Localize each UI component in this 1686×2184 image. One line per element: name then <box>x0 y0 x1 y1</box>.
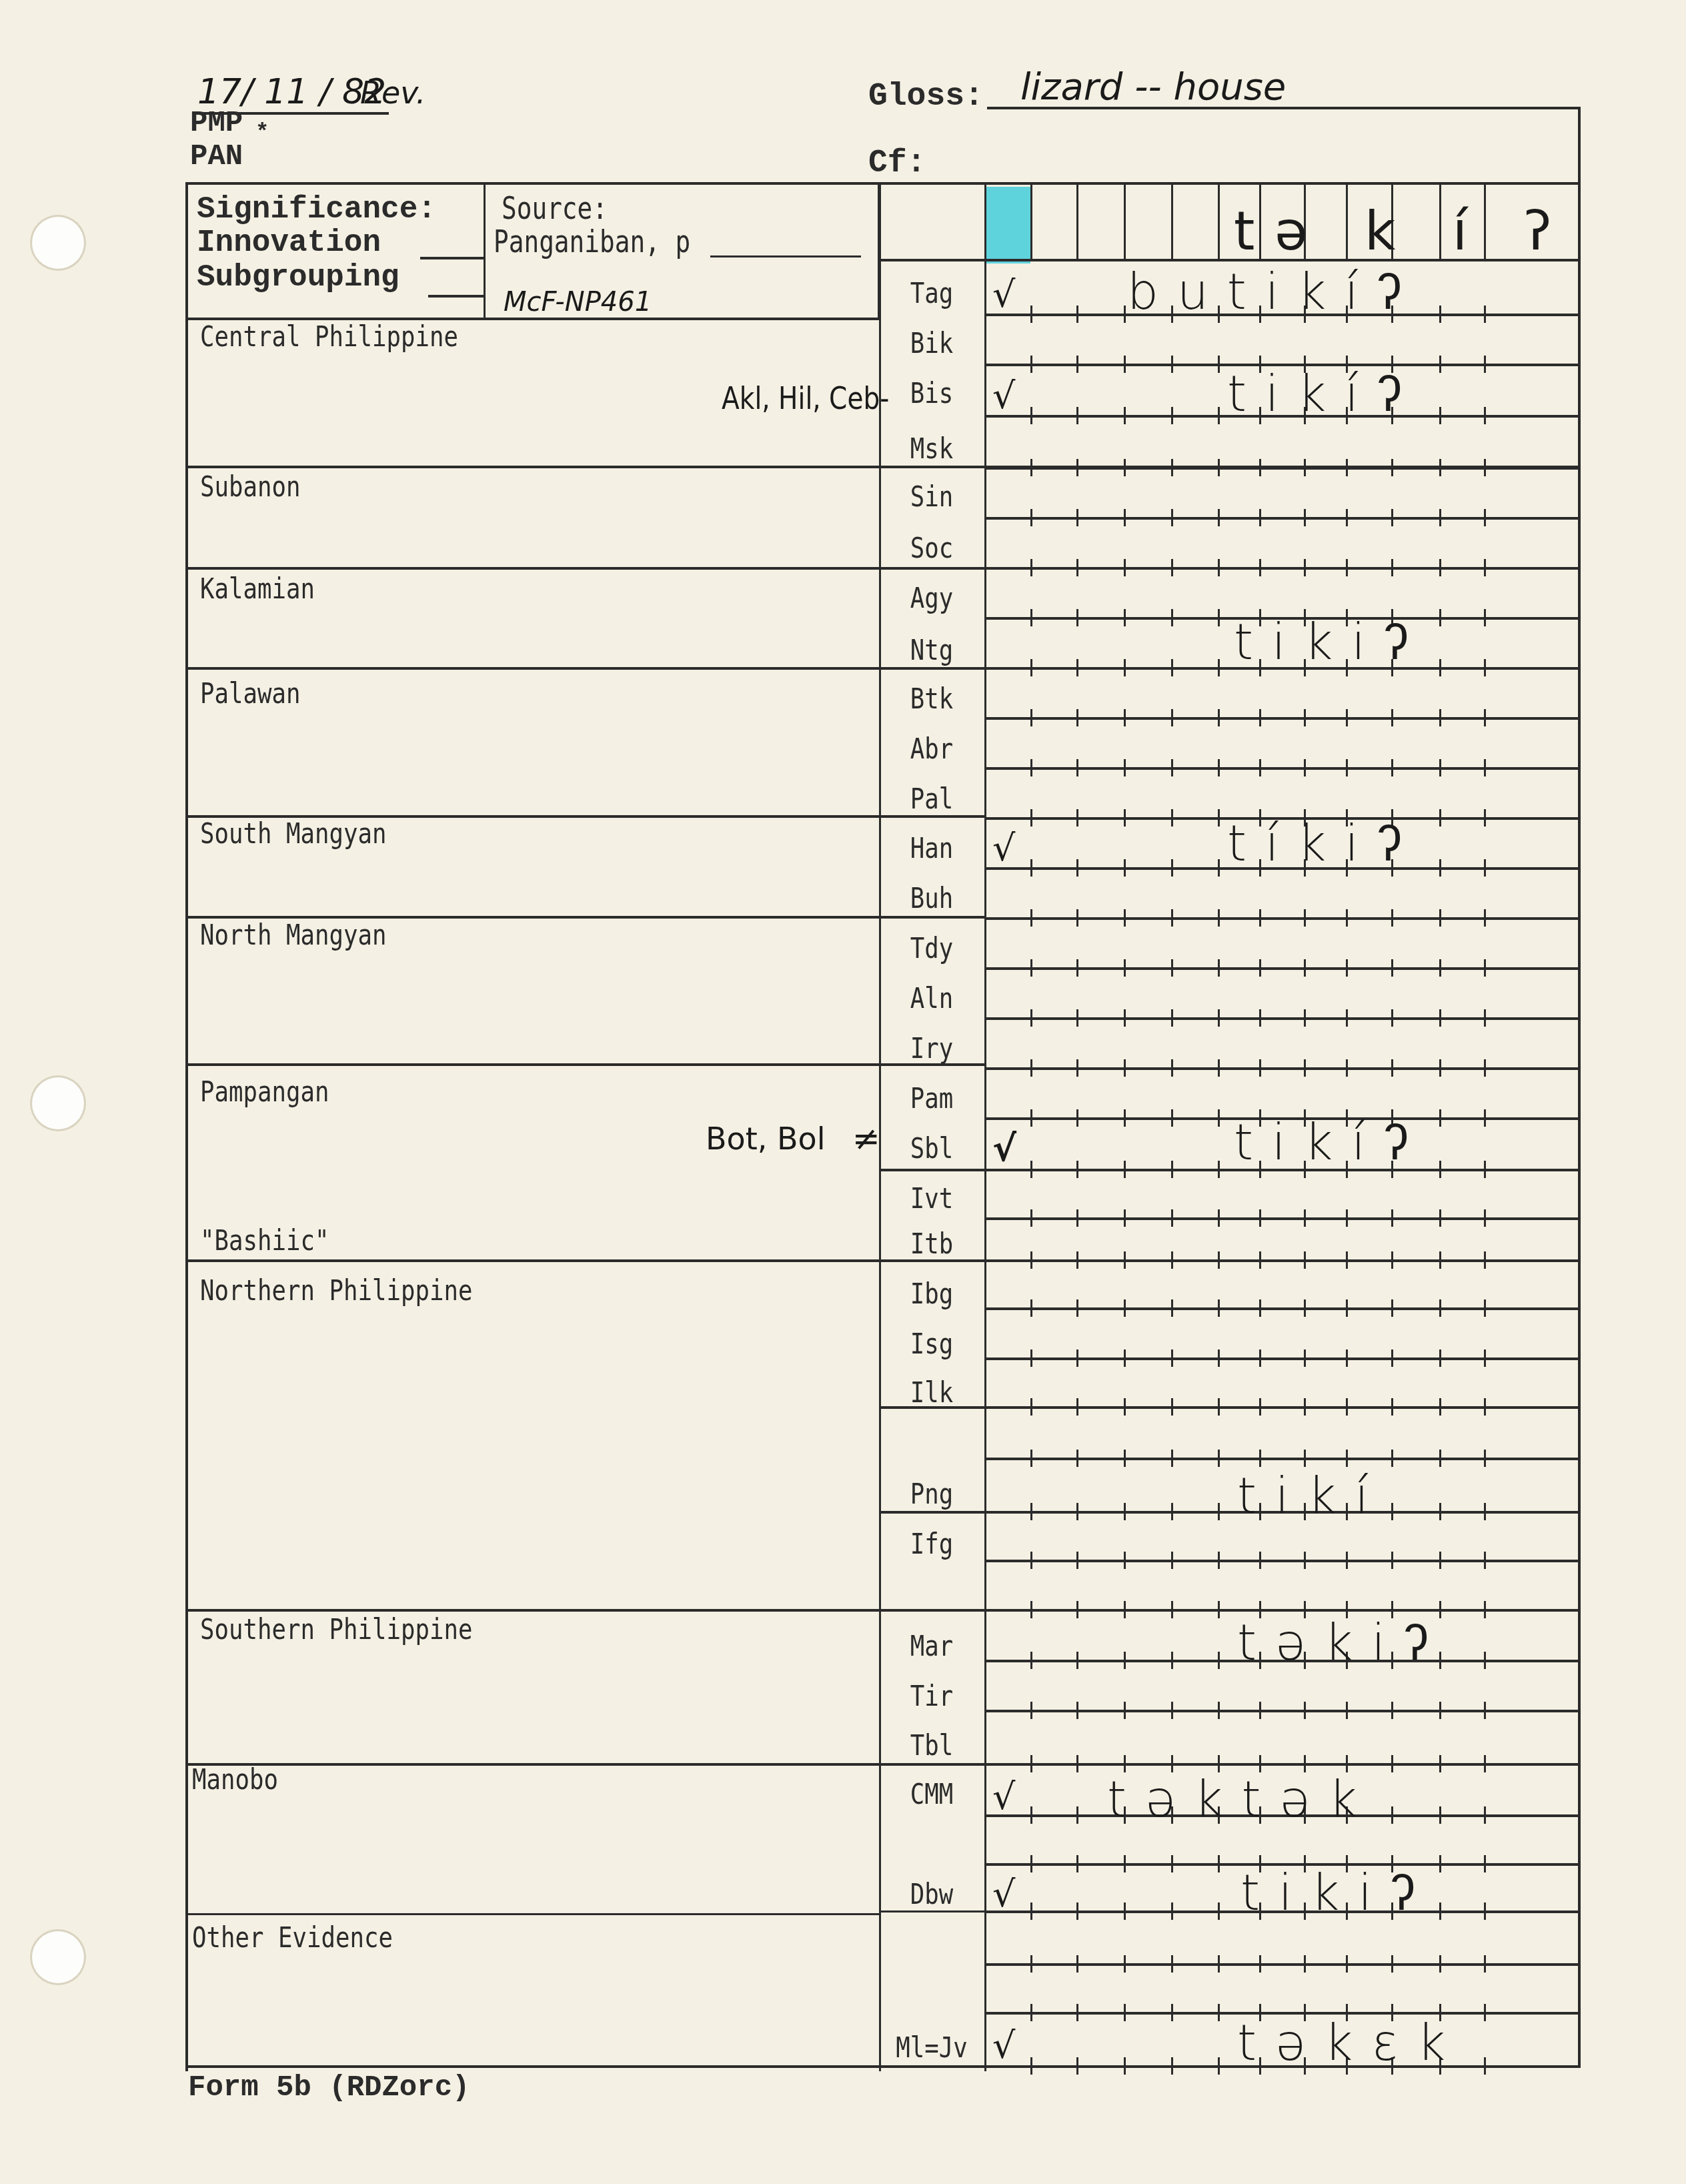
code-ml-jv: Ml=Jv <box>889 2031 974 2064</box>
tick-mark <box>1124 356 1126 373</box>
tick-mark <box>1439 1251 1441 1269</box>
tick-mark <box>1304 1299 1306 1317</box>
tick-mark <box>1030 1299 1032 1317</box>
tick-mark <box>1171 2057 1173 2075</box>
tick-mark <box>1076 1059 1078 1077</box>
entry-row-rule <box>986 1357 1579 1360</box>
tick-mark <box>1171 909 1173 927</box>
tick-mark <box>1439 959 1441 977</box>
grid-cell <box>1030 185 1032 260</box>
tick-mark <box>1439 709 1441 726</box>
tick-mark <box>1030 859 1032 877</box>
tick-mark <box>1304 1251 1306 1269</box>
tick-mark <box>1484 459 1486 476</box>
tick-mark <box>1346 1059 1348 1077</box>
tick-mark <box>1076 1702 1078 1719</box>
tick-mark <box>1076 509 1078 526</box>
tick-mark <box>1484 1855 1486 1872</box>
check-ml-jv[interactable]: √ <box>992 2025 1015 2067</box>
tick-mark <box>1124 1299 1126 1317</box>
tick-mark <box>1076 1652 1078 1669</box>
tick-mark <box>1171 759 1173 776</box>
gloss-label: Gloss: <box>868 79 984 115</box>
tick-mark <box>1484 559 1486 576</box>
tick-mark <box>1171 509 1173 526</box>
tick-mark <box>1484 1552 1486 1569</box>
tick-mark <box>1439 909 1441 927</box>
tick-mark <box>1484 407 1486 424</box>
code-isg: Isg <box>889 1327 974 1360</box>
tick-mark <box>1171 1251 1173 1269</box>
tick-mark <box>1304 459 1306 476</box>
tick-mark <box>1076 1209 1078 1227</box>
tick-mark <box>1346 1009 1348 1027</box>
tick-mark <box>1484 2004 1486 2021</box>
code-soc: Soc <box>889 532 974 564</box>
tick-mark <box>1030 1902 1032 1920</box>
check-tag[interactable]: √ <box>992 274 1015 316</box>
check-han[interactable]: √ <box>992 827 1015 869</box>
tick-mark <box>1171 1955 1173 1973</box>
code-han: Han <box>889 832 974 865</box>
tick-mark <box>1391 909 1393 927</box>
tick-mark <box>1304 759 1306 776</box>
tick-mark <box>1259 1299 1261 1317</box>
tick-mark <box>1304 709 1306 726</box>
tick-mark <box>1171 1109 1173 1127</box>
tick-mark <box>1259 709 1261 726</box>
tick-mark <box>1076 909 1078 927</box>
tick-mark <box>1171 1652 1173 1669</box>
tick-mark <box>1218 1855 1220 1872</box>
tick-mark <box>1124 1702 1126 1719</box>
group-kalamian: Kalamian <box>200 572 315 605</box>
form-dbw: tikiʔ <box>1240 1864 1434 1922</box>
tick-mark <box>1124 1552 1126 1569</box>
check-sbl[interactable]: √ <box>992 1127 1016 1169</box>
tick-mark <box>1030 1652 1032 1669</box>
asterisk-mark: * <box>255 120 269 145</box>
tick-mark <box>1124 1161 1126 1178</box>
tick-mark <box>1030 509 1032 526</box>
subgrouping-label: Subgrouping <box>197 260 399 295</box>
tick-mark <box>1218 407 1220 424</box>
source-value: Panganiban, p <box>494 223 690 259</box>
tick-mark <box>1076 1755 1078 1772</box>
tick-mark <box>1218 759 1220 776</box>
tick-mark <box>1259 1059 1261 1077</box>
innovation-label: Innovation <box>197 225 381 260</box>
check-cmm[interactable]: √ <box>992 1776 1015 1818</box>
tick-mark <box>1484 1299 1486 1317</box>
entry-row-rule <box>986 767 1579 770</box>
tick-mark <box>1076 306 1078 323</box>
code-mar: Mar <box>889 1630 974 1662</box>
tick-mark <box>1171 1009 1173 1027</box>
tick-mark <box>1030 809 1032 827</box>
tick-mark <box>1124 306 1126 323</box>
tick-mark <box>1439 609 1441 626</box>
tick-mark <box>1439 559 1441 576</box>
code-pam: Pam <box>889 1082 974 1115</box>
tick-mark <box>1218 1251 1220 1269</box>
tick-mark <box>1346 1299 1348 1317</box>
form-han: tíkiʔ <box>1227 815 1421 873</box>
tick-mark <box>1439 1755 1441 1772</box>
tick-mark <box>1304 509 1306 526</box>
entry-row-rule <box>986 1963 1579 1966</box>
tick-mark <box>1259 1349 1261 1367</box>
tick-mark <box>1030 1552 1032 1569</box>
tick-mark <box>1218 1109 1220 1127</box>
entry-row-rule <box>986 1458 1579 1460</box>
tick-mark <box>1259 559 1261 576</box>
tick-mark <box>1124 1009 1126 1027</box>
tick-mark <box>1304 1209 1306 1227</box>
tick-mark <box>1171 1855 1173 1872</box>
tick-mark <box>1391 759 1393 776</box>
entry-row-rule <box>986 1560 1579 1562</box>
code-tdy: Tdy <box>889 932 974 965</box>
tick-mark <box>1439 1009 1441 1027</box>
tick-mark <box>1218 2057 1220 2075</box>
tick-mark <box>1076 1251 1078 1269</box>
tick-mark <box>1030 559 1032 576</box>
not-equal-sign: ≠ <box>852 1119 880 1158</box>
code-buh: Buh <box>889 882 974 915</box>
source-page-blank[interactable] <box>710 255 861 257</box>
significance-label: Significance: <box>197 192 436 227</box>
tick-mark <box>1484 1161 1486 1178</box>
entry-row-rule <box>986 467 1579 470</box>
group-manobo: Manobo <box>192 1763 278 1796</box>
tick-mark <box>1259 1702 1261 1719</box>
tick-mark <box>1076 709 1078 726</box>
divider-southern-philippine <box>185 1609 986 1612</box>
tick-mark <box>1076 1450 1078 1467</box>
tick-mark <box>1218 1955 1220 1973</box>
tick-mark <box>1030 1450 1032 1467</box>
tick-mark <box>1124 2004 1126 2021</box>
form-mar: təkiʔ <box>1237 1614 1447 1672</box>
tick-mark <box>1076 1299 1078 1317</box>
tick-mark <box>1218 356 1220 373</box>
tick-mark <box>1171 659 1173 676</box>
tick-mark <box>1439 859 1441 877</box>
tick-mark <box>1124 559 1126 576</box>
tick-mark <box>1259 1398 1261 1416</box>
entry-row-rule <box>986 1763 1579 1766</box>
tick-mark <box>1124 1450 1126 1467</box>
tick-mark <box>1076 1902 1078 1920</box>
tick-mark <box>1076 459 1078 476</box>
tick-mark <box>1391 1009 1393 1027</box>
divider-kalamian <box>185 567 986 570</box>
gloss-value[interactable]: lizard -- house <box>1020 65 1286 109</box>
tick-mark <box>1076 1855 1078 1872</box>
tick-mark <box>1439 809 1441 827</box>
group-palawan: Palawan <box>200 677 300 710</box>
tick-mark <box>1124 1955 1126 1973</box>
divider-pampangan <box>185 1063 986 1066</box>
entry-row-rule <box>986 1307 1579 1310</box>
tick-mark <box>1484 1109 1486 1127</box>
tick-mark <box>1124 407 1126 424</box>
form-ml-jv: təkɛk <box>1237 2015 1464 2072</box>
group-bashiic: "Bashiic" <box>200 1224 329 1257</box>
tick-mark <box>1439 1161 1441 1178</box>
tick-mark <box>1346 509 1348 526</box>
tick-mark <box>1346 459 1348 476</box>
form-bis: tikíʔ <box>1227 366 1421 423</box>
tick-mark <box>1346 1398 1348 1416</box>
code-ivt: Ivt <box>889 1182 974 1215</box>
tick-mark <box>1484 1450 1486 1467</box>
tick-mark <box>1076 1955 1078 1973</box>
tick-mark <box>1304 1059 1306 1077</box>
tick-mark <box>1439 509 1441 526</box>
tick-mark <box>1439 1059 1441 1077</box>
form-sbl: tikíʔ <box>1234 1114 1427 1171</box>
tick-mark <box>1439 1109 1441 1127</box>
tick-mark <box>1218 1209 1220 1227</box>
tick-mark <box>1171 1059 1173 1077</box>
divider-manobo <box>185 1763 986 1766</box>
tick-mark <box>1484 1009 1486 1027</box>
tick-mark <box>1218 859 1220 877</box>
tick-mark <box>1439 1503 1441 1520</box>
tick-mark <box>1030 2057 1032 2075</box>
tick-mark <box>1259 1251 1261 1269</box>
tick-mark <box>1439 459 1441 476</box>
tick-mark <box>1171 709 1173 726</box>
tick-mark <box>1391 709 1393 726</box>
tick-mark <box>1218 659 1220 676</box>
code-sbl: Sbl <box>889 1132 974 1165</box>
tick-mark <box>1171 1349 1173 1367</box>
tick-mark <box>1171 356 1173 373</box>
tick-mark <box>1346 709 1348 726</box>
divider-sbl <box>879 1169 986 1171</box>
tick-mark <box>1030 306 1032 323</box>
tick-mark <box>1171 1702 1173 1719</box>
tick-mark <box>1030 1955 1032 1973</box>
tick-mark <box>1259 509 1261 526</box>
tick-mark <box>1439 1398 1441 1416</box>
entry-row-rule <box>986 967 1579 970</box>
tick-mark <box>1030 1251 1032 1269</box>
tick-mark <box>1304 559 1306 576</box>
code-btk: Btk <box>889 682 974 715</box>
tick-mark <box>1076 1552 1078 1569</box>
tick-mark <box>1218 2004 1220 2021</box>
tick-mark <box>1259 1450 1261 1467</box>
code-msk: Msk <box>889 432 974 465</box>
tick-mark <box>1030 1209 1032 1227</box>
code-png: Png <box>889 1478 974 1510</box>
tick-mark <box>1346 1209 1348 1227</box>
check-bis[interactable]: √ <box>992 375 1015 417</box>
tick-mark <box>1484 306 1486 323</box>
tick-mark <box>1124 509 1126 526</box>
grid-cell <box>1124 185 1126 260</box>
tick-mark <box>1304 1552 1306 1569</box>
tick-mark <box>1484 1209 1486 1227</box>
entry-row-rule <box>986 1017 1579 1020</box>
tick-mark <box>1484 2057 1486 2075</box>
tick-mark <box>1391 1755 1393 1772</box>
tick-mark <box>1124 1209 1126 1227</box>
tick-mark <box>1076 2057 1078 2075</box>
group-south-mangyan: South Mangyan <box>200 817 386 850</box>
tick-mark <box>1076 2004 1078 2021</box>
innovation-blank[interactable] <box>420 257 484 259</box>
tick-mark <box>1484 1059 1486 1077</box>
tick-mark <box>1304 909 1306 927</box>
tick-mark <box>1304 1955 1306 1973</box>
tick-mark <box>1484 909 1486 927</box>
tick-mark <box>1030 909 1032 927</box>
subgrouping-blank[interactable] <box>428 295 484 298</box>
tick-mark <box>1171 1755 1173 1772</box>
tick-mark <box>1346 1955 1348 1973</box>
tick-mark <box>1171 459 1173 476</box>
tick-mark <box>1124 1652 1126 1669</box>
tick-mark <box>1439 1450 1441 1467</box>
tick-mark <box>1218 1059 1220 1077</box>
tick-mark <box>1171 559 1173 576</box>
tick-mark <box>1030 356 1032 373</box>
tick-mark <box>1030 959 1032 977</box>
grid-cell <box>1076 185 1078 260</box>
form-ntg: tikiʔ <box>1234 614 1427 671</box>
tick-mark <box>1124 1109 1126 1127</box>
tick-mark <box>1391 1806 1393 1824</box>
tick-mark <box>1484 1601 1486 1618</box>
tick-mark <box>1171 609 1173 626</box>
group-southern-philippine: Southern Philippine <box>200 1613 472 1646</box>
tick-mark <box>1391 1299 1393 1317</box>
tick-mark <box>1124 459 1126 476</box>
tick-mark <box>1030 709 1032 726</box>
tick-mark <box>1218 1161 1220 1178</box>
group-pampangan: Pampangan <box>200 1075 329 1108</box>
grid-cell <box>1171 185 1173 260</box>
code-bik: Bik <box>889 327 974 360</box>
tick-mark <box>1346 1755 1348 1772</box>
tick-mark <box>1124 709 1126 726</box>
tick-mark <box>1484 609 1486 626</box>
tick-mark <box>1439 306 1441 323</box>
tick-mark <box>1076 859 1078 877</box>
tick-mark <box>1259 909 1261 927</box>
tick-mark <box>1259 1552 1261 1569</box>
tick-mark <box>1218 559 1220 576</box>
tick-mark <box>1124 759 1126 776</box>
group-other-evidence: Other Evidence <box>192 1921 393 1954</box>
tick-mark <box>1218 1398 1220 1416</box>
tick-mark <box>1076 609 1078 626</box>
code-agy: Agy <box>889 582 974 614</box>
tick-mark <box>1124 1855 1126 1872</box>
tick-mark <box>1304 1450 1306 1467</box>
form-png: tikí <box>1237 1468 1387 1525</box>
tick-mark <box>1259 759 1261 776</box>
code-ifg: Ifg <box>889 1528 974 1560</box>
tick-mark <box>1076 1503 1078 1520</box>
code-cmm: CMM <box>889 1778 974 1810</box>
tick-mark <box>1171 2004 1173 2021</box>
tick-mark <box>1124 809 1126 827</box>
entry-row-rule <box>986 1406 1579 1409</box>
tick-mark <box>1259 459 1261 476</box>
tick-mark <box>1030 609 1032 626</box>
tick-mark <box>1484 509 1486 526</box>
tick-mark <box>1218 709 1220 726</box>
tick-mark <box>1218 1552 1220 1569</box>
tick-mark <box>1030 1806 1032 1824</box>
tick-mark <box>1030 1503 1032 1520</box>
tick-mark <box>1439 356 1441 373</box>
tick-mark <box>1171 407 1173 424</box>
form-right-border <box>1578 107 1581 2068</box>
tick-mark <box>1124 859 1126 877</box>
tick-mark <box>1076 559 1078 576</box>
tick-mark <box>1346 759 1348 776</box>
tick-mark <box>1439 1955 1441 1973</box>
tick-mark <box>1346 959 1348 977</box>
bis-annotation: Akl, Hil, Ceb- <box>722 380 889 416</box>
tick-mark <box>1030 1009 1032 1027</box>
tick-mark <box>1030 1161 1032 1178</box>
tick-mark <box>1391 1349 1393 1367</box>
tick-mark <box>1030 1398 1032 1416</box>
cf-label: Cf: <box>868 145 926 181</box>
box-top-border <box>185 182 1581 185</box>
tick-mark <box>1439 1702 1441 1719</box>
tick-mark <box>1484 1652 1486 1669</box>
tick-mark <box>1439 1806 1441 1824</box>
tick-mark <box>1259 1009 1261 1027</box>
code-bis: Bis <box>889 377 974 410</box>
tick-mark <box>1030 659 1032 676</box>
check-dbw[interactable]: √ <box>992 1873 1015 1915</box>
tick-mark <box>1218 1450 1220 1467</box>
code-itb: Itb <box>889 1227 974 1260</box>
tick-mark <box>1076 1109 1078 1127</box>
code-abr: Abr <box>889 732 974 765</box>
binder-hole-bottom <box>32 1931 84 1983</box>
tick-mark <box>1484 1251 1486 1269</box>
code-ntg: Ntg <box>889 634 974 666</box>
entry-row-rule <box>986 517 1579 520</box>
tick-mark <box>1391 1251 1393 1269</box>
entry-row-rule <box>986 1067 1579 1070</box>
tick-mark <box>1484 1955 1486 1973</box>
tick-mark <box>1076 1601 1078 1618</box>
code-ilk: Ilk <box>889 1376 974 1409</box>
tick-mark <box>1218 809 1220 827</box>
tick-mark <box>1076 1806 1078 1824</box>
code-aln: Aln <box>889 982 974 1015</box>
pmp-label: PMP <box>190 107 243 140</box>
tick-mark <box>1171 1450 1173 1467</box>
source-label: Source: <box>502 190 608 226</box>
code-tir: Tir <box>889 1680 974 1712</box>
tick-mark <box>1076 1161 1078 1178</box>
tick-mark <box>1484 859 1486 877</box>
tick-mark <box>1030 1702 1032 1719</box>
